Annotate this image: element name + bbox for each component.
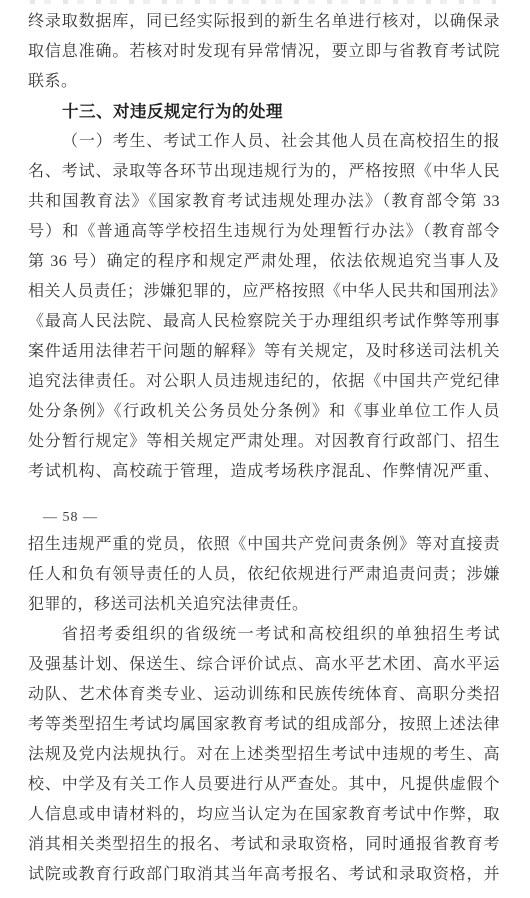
body-line: 追究法律责任。对公职人员违规违纪的，依据《中国共产党纪律: [28, 367, 500, 397]
body-line: 动队、艺术体育类专业、运动训练和民族传统体育、高职分类招: [28, 680, 500, 710]
body-line: 处分条例》《行政机关公务员处分条例》和《事业单位工作人员: [28, 397, 500, 427]
body-line: 犯罪的，移送司法机关追究法律责任。: [28, 590, 500, 620]
body-line: 名、考试、录取等各环节出现违规行为的，严格按照《中华人民: [28, 157, 500, 187]
body-line: 任人和负有领导责任的人员，依纪依规进行严肃追责问责；涉嫌: [28, 560, 500, 590]
body-line: 消其相关类型招生的报名、考试和录取资格，同时通报省教育考: [28, 830, 500, 860]
body-line: 联系。: [28, 67, 500, 97]
body-line: 第 36 号）确定的程序和规定严肃处理，依法依规追究当事人及: [28, 247, 500, 277]
body-line: 考试机构、高校疏于管理，造成考场秩序混乱、作弊情况严重、: [28, 457, 500, 487]
body-line: 相关人员责任；涉嫌犯罪的，应严格按照《中华人民共和国刑法》: [28, 277, 500, 307]
text-block: 终录取数据库，同已经实际报到的新生名单进行核对，以确保录取信息准确。若核对时发现…: [28, 7, 500, 890]
document-page: 终录取数据库，同已经实际报到的新生名单进行核对，以确保录取信息准确。若核对时发现…: [0, 0, 530, 898]
body-line: 人信息或申请材料的，均应当认定为在国家教育考试中作弊，取: [28, 800, 500, 830]
page-number: — 58 —: [28, 505, 500, 530]
body-line: 处分暂行规定》等相关规定严肃处理。对因教育行政部门、招生: [28, 427, 500, 457]
body-line: 试院或教育行政部门取消其当年高考报名、考试和录取资格，并: [28, 860, 500, 890]
body-line: 取信息准确。若核对时发现有异常情况，要立即与省教育考试院: [28, 37, 500, 67]
body-line: 招生违规严重的党员，依照《中国共产党问责条例》等对直接责: [28, 530, 500, 560]
body-line: 号）和《普通高等学校招生违规行为处理暂行办法》（教育部令: [28, 217, 500, 247]
body-line: 终录取数据库，同已经实际报到的新生名单进行核对，以确保录: [28, 7, 500, 37]
body-line: 法规及党内法规执行。对在上述类型招生考试中违规的考生、高: [28, 740, 500, 770]
clipped-previous-line-remnant: [30, 0, 496, 4]
body-line: 及强基计划、保送生、综合评价试点、高水平艺术团、高水平运: [28, 650, 500, 680]
body-line: 校、中学及有关工作人员要进行从严查处。其中，凡提供虚假个: [28, 770, 500, 800]
body-line: 省招考委组织的省级统一考试和高校组织的单独招生考试: [28, 620, 500, 650]
section-heading: 十三、对违反规定行为的处理: [28, 97, 500, 127]
body-line: 共和国教育法》《国家教育考试违规处理办法》（教育部令第 33: [28, 187, 500, 217]
body-line: 《最高人民法院、最高人民检察院关于办理组织考试作弊等刑事: [28, 307, 500, 337]
body-line: 考等类型招生考试均属国家教育考试的组成部分，按照上述法律: [28, 710, 500, 740]
body-line: （一）考生、考试工作人员、社会其他人员在高校招生的报: [28, 127, 500, 157]
body-line: 案件适用法律若干问题的解释》等有关规定，及时移送司法机关: [28, 337, 500, 367]
